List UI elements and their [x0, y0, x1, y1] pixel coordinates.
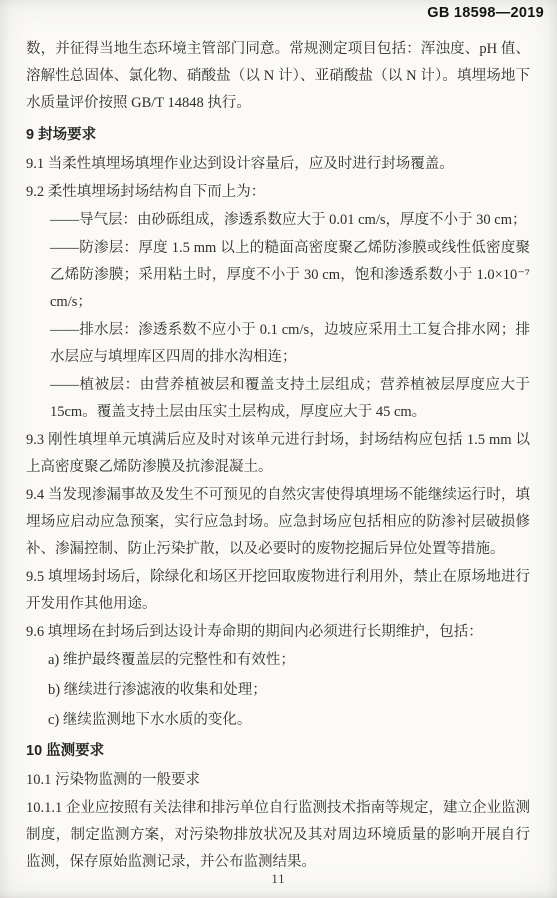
closure-layer-gas-venting: ——导气层：由砂砾组成，渗透系数应大于 0.01 cm/s，厚度不小于 30 c…: [26, 207, 530, 234]
maintenance-item-a: a) 维护最终覆盖层的完整性和有效性；: [26, 647, 530, 674]
closure-layer-drainage: ——排水层：渗透系数不应小于 0.1 cm/s，边坡应采用土工复合排水网；排水层…: [26, 317, 530, 371]
closure-layer-impermeable: ——防渗层：厚度 1.5 mm 以上的糙面高密度聚乙烯防渗膜或线性低密度聚乙烯防…: [26, 235, 530, 316]
maintenance-item-b: b) 继续进行渗滤液的收集和处理；: [26, 677, 530, 704]
clause-9-1: 9.1 当柔性填埋场填埋作业达到设计容量后，应及时进行封场覆盖。: [26, 151, 530, 178]
document-body: 数，并征得当地生态环境主管部门同意。常规测定项目包括：浑浊度、pH 值、溶解性总…: [26, 36, 530, 877]
section-9-heading: 9 封场要求: [26, 122, 530, 149]
clause-9-4: 9.4 当发现渗漏事故及发生不可预见的自然灾害使得填埋场不能继续运行时，填埋场应…: [26, 482, 530, 563]
clause-10-1-1: 10.1.1 企业应按照有关法律和排污单位自行监测技术指南等规定，建立企业监测制…: [26, 795, 530, 876]
maintenance-item-c: c) 继续监测地下水水质的变化。: [26, 707, 530, 734]
standard-code-header: GB 18598—2019: [427, 5, 544, 21]
clause-9-2: 9.2 柔性填埋场封场结构自下而上为：: [26, 179, 530, 206]
clause-10-1-subheading: 10.1 污染物监测的一般要求: [26, 767, 530, 794]
paragraph-groundwater-continuation: 数，并征得当地生态环境主管部门同意。常规测定项目包括：浑浊度、pH 值、溶解性总…: [26, 36, 530, 117]
clause-9-5: 9.5 填埋场封场后，除绿化和场区开挖回取废物进行利用外，禁止在原场地进行开发用…: [26, 564, 530, 618]
section-10-heading: 10 监测要求: [26, 738, 530, 765]
clause-9-6: 9.6 填埋场在封场后到达设计寿命期的期间内必须进行长期维护，包括：: [26, 619, 530, 646]
closure-layer-vegetation: ——植被层：由营养植被层和覆盖支持土层组成；营养植被层厚度应大于 15cm。覆盖…: [26, 372, 530, 426]
page-number: 11: [0, 872, 557, 887]
clause-9-3: 9.3 刚性填埋单元填满后应及时对该单元进行封场，封场结构应包括 1.5 mm …: [26, 427, 530, 481]
